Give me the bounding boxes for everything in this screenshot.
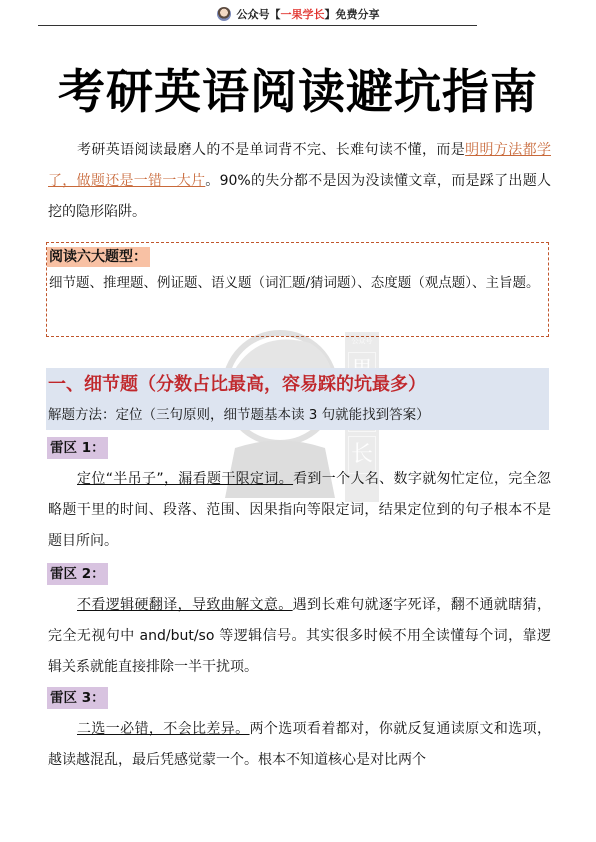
minefield-paragraph-3: 二选一必错，不会比差异。两个选项看着都对，你就反复通读原文和选项，越读越混乱，最… [48, 714, 551, 776]
avatar-icon [217, 7, 231, 21]
page-header: 公众号【一果学长】免费分享 [0, 0, 596, 28]
minefield-lead-3: 二选一必错，不会比差异。 [77, 721, 250, 737]
question-types-label: 阅读六大题型： [47, 247, 150, 267]
minefield-label-1: 雷区 1： [47, 437, 108, 459]
minefield-label-2: 雷区 2： [47, 563, 108, 585]
intro-text-before: 考研英语阅读最磨人的不是单词背不完、长难句读不懂，而是 [77, 142, 465, 158]
minefield-lead-1: 定位“半吊子”，漏看题干限定词。 [77, 471, 293, 487]
intro-paragraph: 考研英语阅读最磨人的不是单词背不完、长难句读不懂，而是明明方法都学了，做题还是一… [48, 135, 551, 228]
minefield-lead-2: 不看逻辑硬翻译，导致曲解文意。 [77, 597, 293, 613]
minefield-paragraph-1: 定位“半吊子”，漏看题干限定词。看到一个人名、数字就匆忙定位，完全忽略题干里的时… [48, 464, 551, 557]
header-prefix: 公众号【 [237, 6, 281, 22]
header-divider [38, 25, 477, 26]
section-method: 解题方法：定位（三句原则，细节题基本读 3 句就能找到答案） [48, 403, 430, 427]
question-types-box: 阅读六大题型： 细节题、推理题、例证题、语义题（词汇题/猜词题）、态度题（观点题… [46, 242, 549, 337]
section-title: 一、细节题（分数占比最高，容易踩的坑最多） [48, 370, 426, 400]
minefield-paragraph-2: 不看逻辑硬翻译，导致曲解文意。遇到长难句就逐字死译，翻不通就瞎猜，完全无视句中 … [48, 590, 551, 683]
page-title: 考研英语阅读避坑指南 [0, 58, 596, 128]
header-suffix: 】免费分享 [325, 6, 380, 22]
header-brand: 一果学长 [281, 6, 325, 22]
minefield-label-3: 雷区 3： [47, 687, 108, 709]
question-types-text: 细节题、推理题、例证题、语义题（词汇题/猜词题）、态度题（观点题）、主旨题。 [47, 268, 548, 299]
watermark-stamp-small: 公众号 [352, 336, 373, 346]
